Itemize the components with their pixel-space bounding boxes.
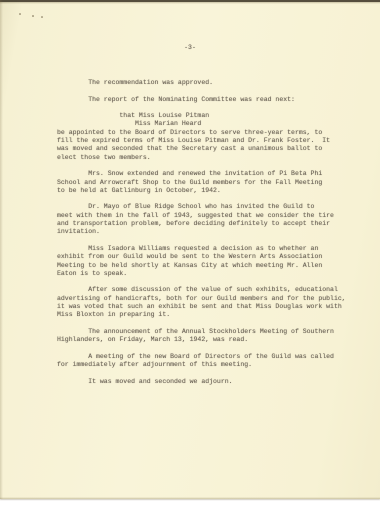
document-page: -3- The recommendation was approved. The… [0,0,380,499]
paragraph-exhibit-discussion-vote: After some discussion of the value of su… [57,286,366,319]
paper-speck [32,15,34,17]
paragraph-snow-invitation: Mrs. Snow extended and renewed the invit… [57,170,366,195]
paragraph-recommendation-approved: The recommendation was approved. [57,79,366,87]
paragraph-new-board-meeting: A meeting of the new Board of Directors … [57,353,366,370]
paper-speck [19,13,21,15]
document-body: The recommendation was approved. The rep… [57,79,366,394]
paragraph-board-appointment: be appointed to the Board of Directors t… [57,129,366,162]
paper-bottom-edge-shadow [0,497,380,499]
scan-top-edge-shadow [0,2,380,4]
paper-left-edge-shadow [0,0,3,499]
paragraph-nominee-names: that Miss Louise Pitman Miss Marian Hear… [57,112,366,129]
paragraph-nominating-committee-report: The report of the Nominating Committee w… [57,96,366,104]
paragraph-mayo-blue-ridge: Dr. Mayo of Blue Ridge School who has in… [57,203,366,236]
paragraph-adjournment: It was moved and seconded we adjourn. [57,378,366,386]
page-number: -3- [0,44,380,52]
paragraph-stockholders-announcement: The announcement of the Annual Stockhold… [57,328,366,345]
paper-speck [41,16,43,18]
paragraph-williams-exhibit-request: Miss Isadora Williams requested a decisi… [57,245,366,278]
